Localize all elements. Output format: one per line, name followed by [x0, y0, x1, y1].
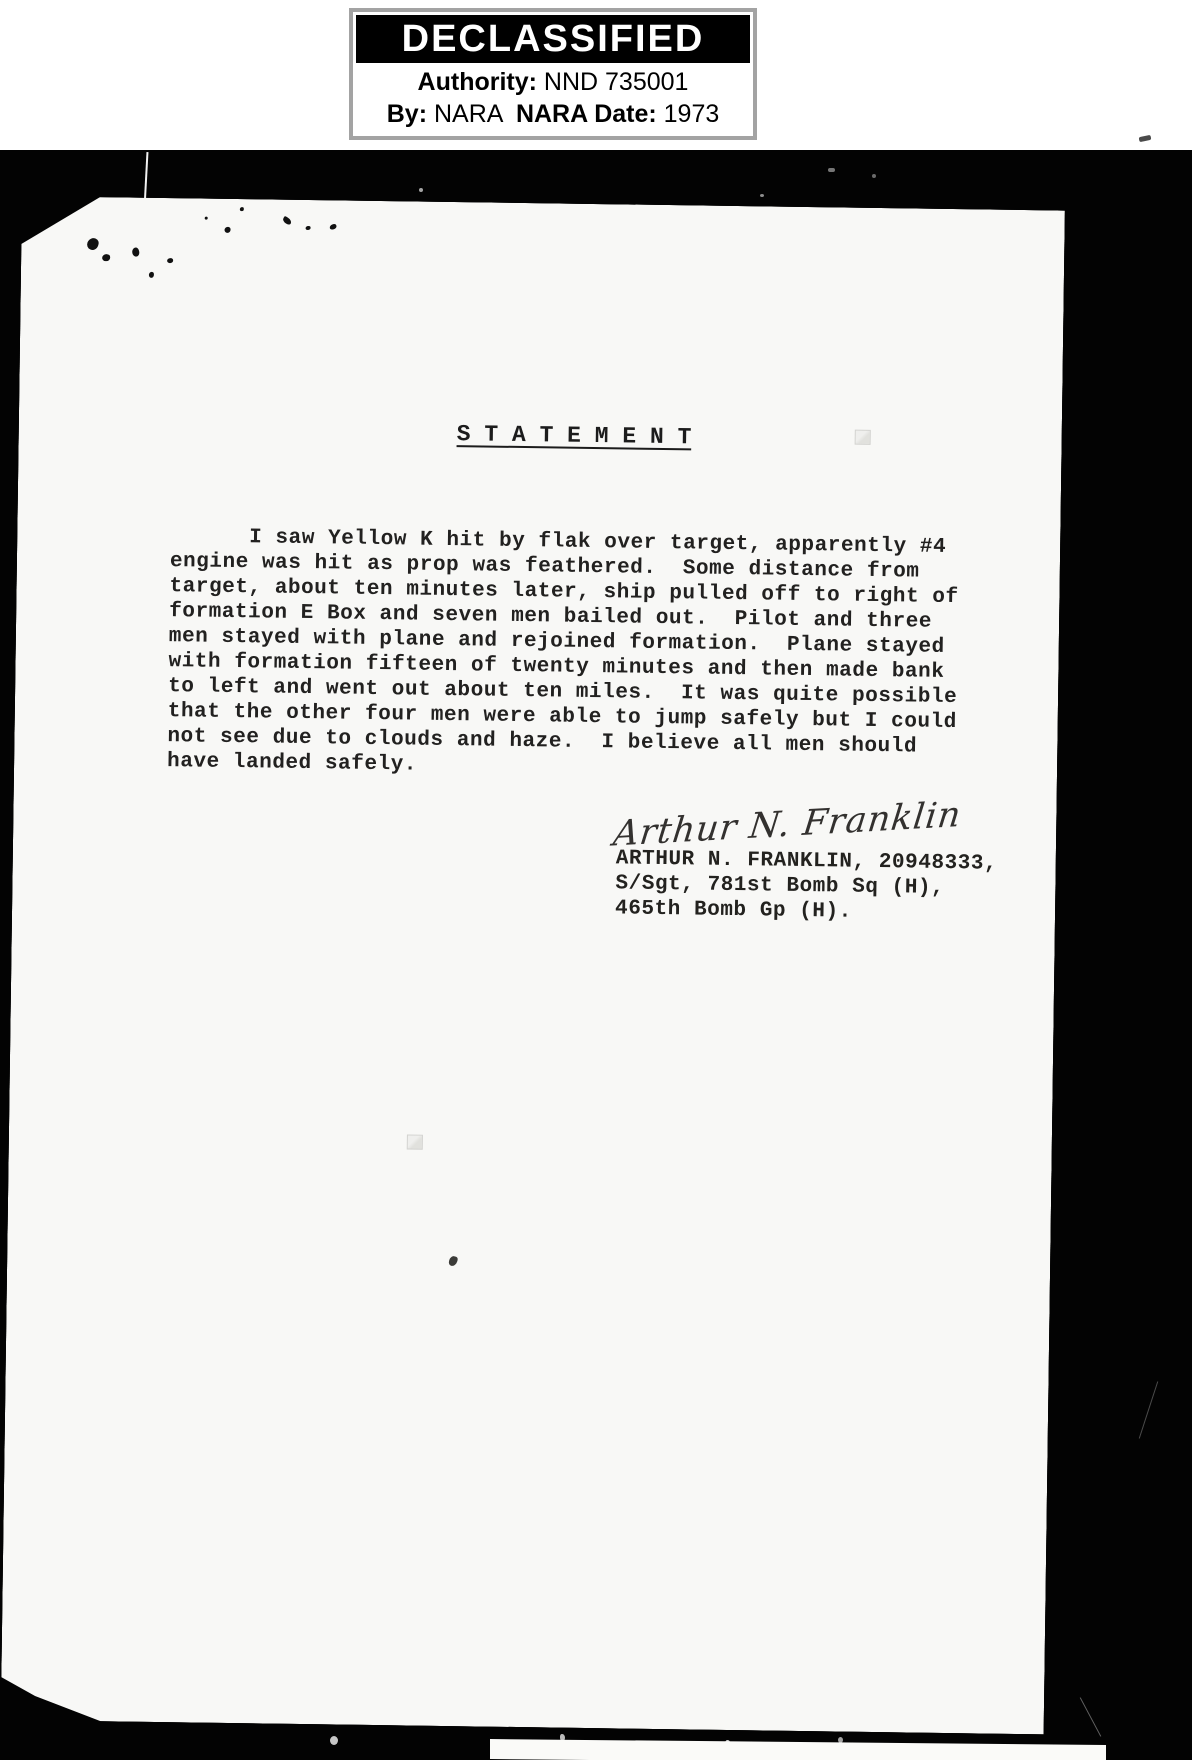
declassified-banner: DECLASSIFIED [356, 15, 750, 63]
by-line: By: NARA NARA Date: 1973 [353, 98, 753, 130]
nara-date-value: 1973 [657, 100, 720, 128]
ink-speck [282, 216, 293, 226]
ink-speck [306, 226, 311, 230]
authority-value: NND 735001 [537, 68, 688, 96]
dust-speck [760, 194, 764, 197]
dust-speck [330, 1736, 338, 1745]
ink-speck [240, 207, 244, 211]
dust-speck [419, 188, 423, 192]
by-label: By: [387, 100, 427, 128]
ink-speck [86, 236, 101, 251]
ink-speck [167, 258, 173, 263]
declassified-stamp: DECLASSIFIED Authority: NND 735001 By: N… [349, 8, 757, 140]
ink-speck [329, 223, 337, 230]
signature-block: ARTHUR N. FRANKLIN, 20948333,S/Sgt, 781s… [615, 846, 997, 926]
faint-mark [855, 430, 871, 445]
next-page-sliver [490, 1739, 1106, 1760]
dust-speck [872, 174, 876, 178]
authority-label: Authority: [418, 68, 537, 96]
faint-mark [407, 1134, 423, 1149]
nara-date-label: NARA Date: [516, 100, 657, 128]
ink-speck [149, 272, 154, 278]
page-title: S T A T E M E N T [457, 421, 692, 450]
statement-body: I saw Yellow K hit by flak over target, … [167, 524, 1000, 786]
ink-speck [102, 254, 110, 261]
header-strip: DECLASSIFIED Authority: NND 735001 By: N… [0, 0, 1192, 150]
scratch-mark [1080, 1697, 1102, 1736]
declassified-text: DECLASSIFIED [402, 18, 705, 61]
by-value: NARA [427, 100, 516, 128]
ink-speck [131, 247, 140, 257]
scan-background: S T A T E M E N T I saw Yellow K hit by … [0, 150, 1192, 1760]
scan-mark [1139, 135, 1152, 142]
ink-speck [448, 1255, 458, 1267]
dust-speck [828, 168, 835, 172]
authority-line: Authority: NND 735001 [353, 66, 753, 98]
ink-speck [225, 227, 231, 233]
document-page: S T A T E M E N T I saw Yellow K hit by … [1, 196, 1065, 1734]
scratch-mark [1139, 1381, 1158, 1438]
ink-speck [205, 217, 208, 220]
handwritten-signature: Arthur N. Franklin [611, 795, 963, 855]
